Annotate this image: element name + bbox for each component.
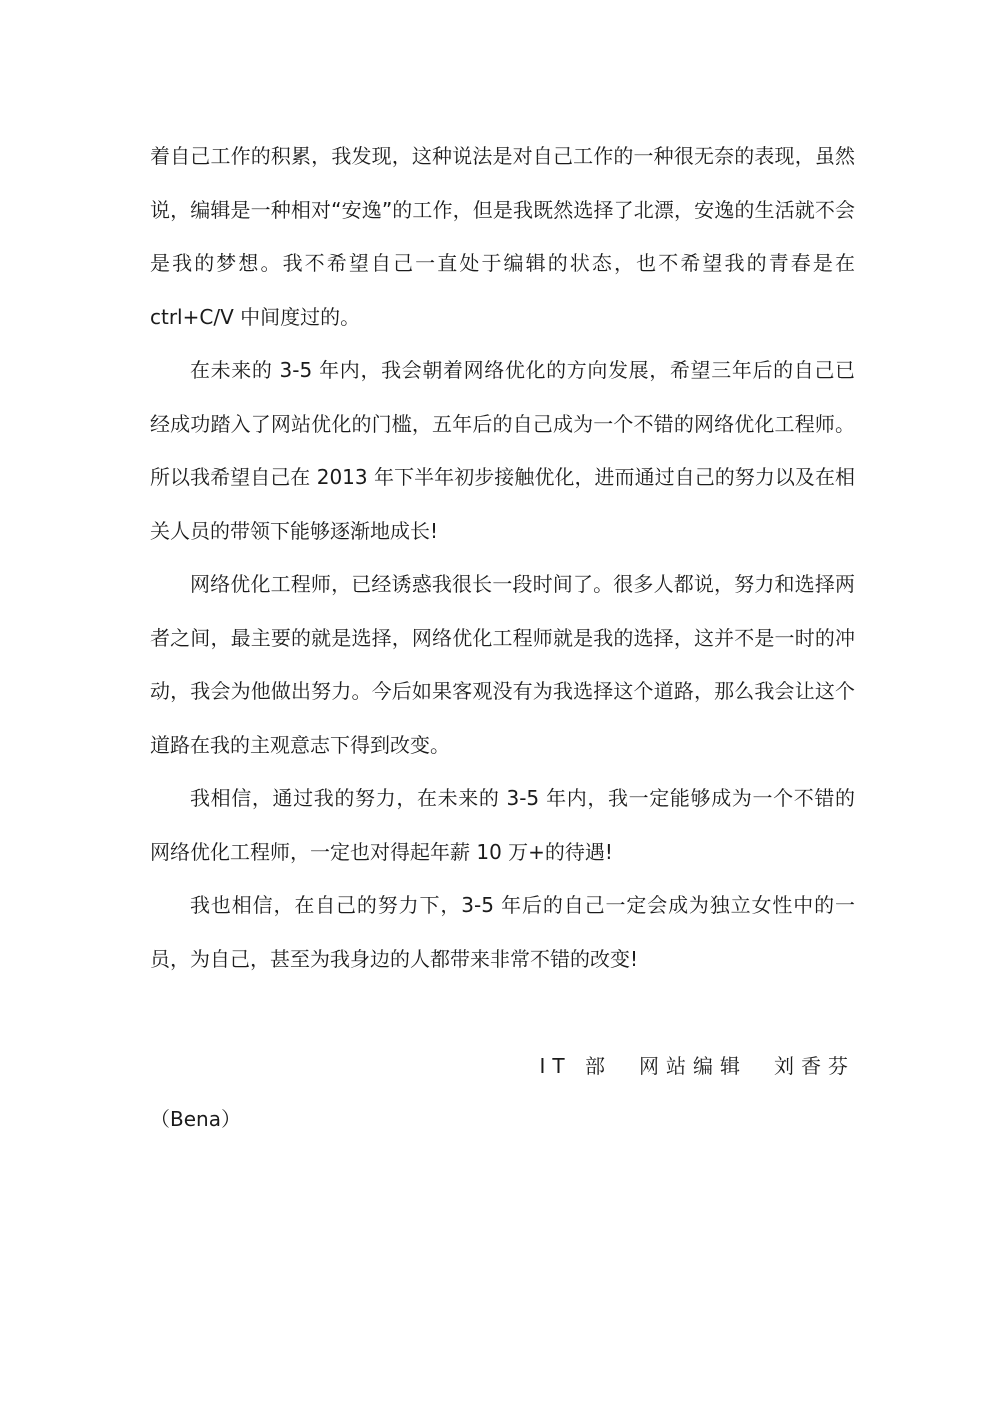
body-paragraph-2: 在未来的 3-5 年内，我会朝着网络优化的方向发展，希望三年后的自己已经成功踏入… (150, 344, 855, 558)
signature-line: IT 部 网站编辑 刘香芬 (150, 1040, 855, 1094)
body-paragraph-1: 着自己工作的积累，我发现，这种说法是对自己工作的一种很无奈的表现，虽然说，编辑是… (150, 130, 855, 344)
document-page: 着自己工作的积累，我发现，这种说法是对自己工作的一种很无奈的表现，虽然说，编辑是… (0, 0, 1000, 1415)
body-paragraph-5: 我也相信，在自己的努力下，3-5 年后的自己一定会成为独立女性中的一员，为自己，… (150, 879, 855, 986)
signature-alias: （Bena） (150, 1093, 855, 1147)
body-paragraph-3: 网络优化工程师，已经诱惑我很长一段时间了。很多人都说，努力和选择两者之间，最主要… (150, 558, 855, 772)
body-paragraph-4: 我相信，通过我的努力，在未来的 3-5 年内，我一定能够成为一个不错的网络优化工… (150, 772, 855, 879)
